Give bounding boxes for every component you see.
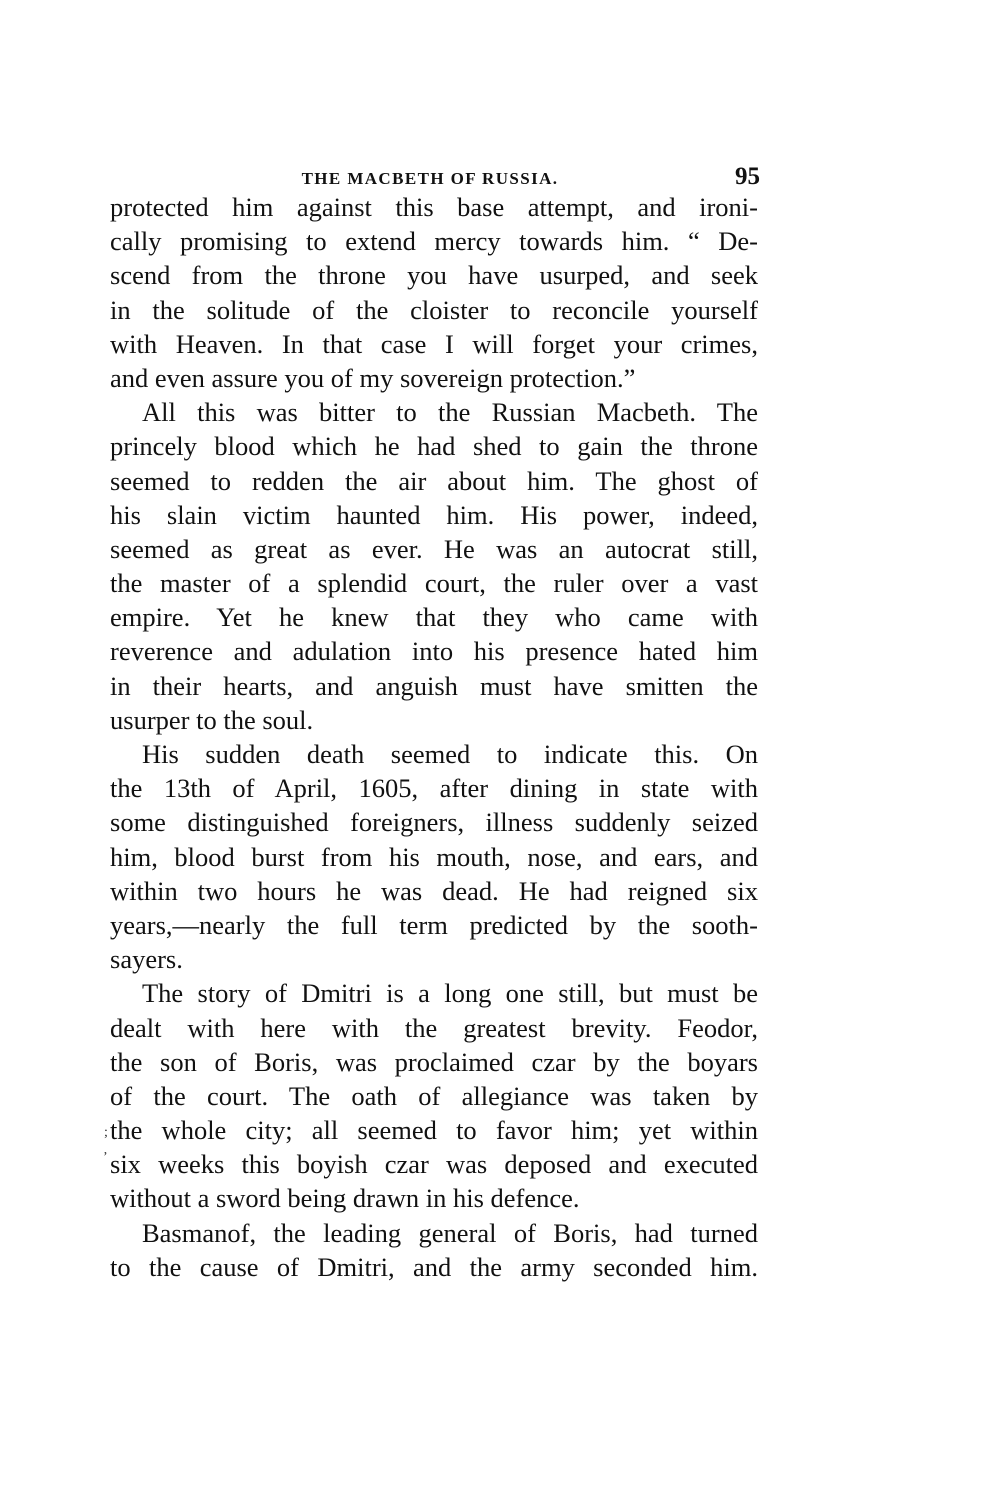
text-line: to the cause of Dmitri, and the army sec… — [110, 1250, 758, 1284]
text-line: of the court. The oath of allegiance was… — [110, 1079, 758, 1113]
text-line: without a sword being drawn in his defen… — [110, 1181, 758, 1215]
text-line: in their hearts, and anguish must have s… — [110, 669, 758, 703]
text-line: princely blood which he had shed to gain… — [110, 429, 758, 463]
text-line: the 13th of April, 1605, after dining in… — [110, 771, 758, 805]
text-line: His sudden death seemed to indicate this… — [110, 737, 758, 771]
text-line: cally promising to extend mercy towards … — [110, 224, 758, 258]
margin-mark: ’ — [103, 1150, 108, 1166]
text-line: six weeks this boyish czar was deposed a… — [110, 1147, 758, 1181]
text-line: The story of Dmitri is a long one still,… — [110, 976, 758, 1010]
text-line: empire. Yet he knew that they who came w… — [110, 600, 758, 634]
running-head: THE MACBETH OF RUSSIA. 95 — [110, 163, 760, 193]
text-line: dealt with here with the greatest brevit… — [110, 1011, 758, 1045]
text-line: within two hours he was dead. He had rei… — [110, 874, 758, 908]
text-line: the master of a splendid court, the rule… — [110, 566, 758, 600]
text-line: usurper to the soul. — [110, 703, 758, 737]
text-line: reverence and adulation into his presenc… — [110, 634, 758, 668]
text-line: his slain victim haunted him. His power,… — [110, 498, 758, 532]
page-number: 95 — [735, 163, 760, 191]
paragraph: The story of Dmitri is a long one still,… — [110, 976, 758, 1215]
body-text: protected him against this base attempt,… — [110, 190, 758, 1284]
text-line: the son of Boris, was proclaimed czar by… — [110, 1045, 758, 1079]
text-line: and even assure you of my sovereign prot… — [110, 361, 758, 395]
text-line: Basmanof, the leading general of Boris, … — [110, 1216, 758, 1250]
running-title: THE MACBETH OF RUSSIA. — [110, 169, 750, 189]
text-line: years,—nearly the full term predicted by… — [110, 908, 758, 942]
text-line: with Heaven. In that case I will forget … — [110, 327, 758, 361]
paragraph: Basmanof, the leading general of Boris, … — [110, 1216, 758, 1284]
text-line: seemed as great as ever. He was an autoc… — [110, 532, 758, 566]
text-line: scend from the throne you have usurped, … — [110, 258, 758, 292]
text-line: the whole city; all seemed to favor him;… — [110, 1113, 758, 1147]
text-line: seemed to redden the air about him. The … — [110, 464, 758, 498]
text-line: him, blood burst from his mouth, nose, a… — [110, 840, 758, 874]
text-line: some distinguished foreigners, illness s… — [110, 805, 758, 839]
paragraph: His sudden death seemed to indicate this… — [110, 737, 758, 976]
text-line: protected him against this base attempt,… — [110, 190, 758, 224]
paragraph: All this was bitter to the Russian Macbe… — [110, 395, 758, 737]
text-line: in the solitude of the cloister to recon… — [110, 293, 758, 327]
text-line: sayers. — [110, 942, 758, 976]
paragraph: protected him against this base attempt,… — [110, 190, 758, 395]
text-line: All this was bitter to the Russian Macbe… — [110, 395, 758, 429]
book-page: THE MACBETH OF RUSSIA. 95 ; ’ protected … — [0, 0, 1000, 1509]
margin-mark: ; — [104, 1125, 108, 1141]
